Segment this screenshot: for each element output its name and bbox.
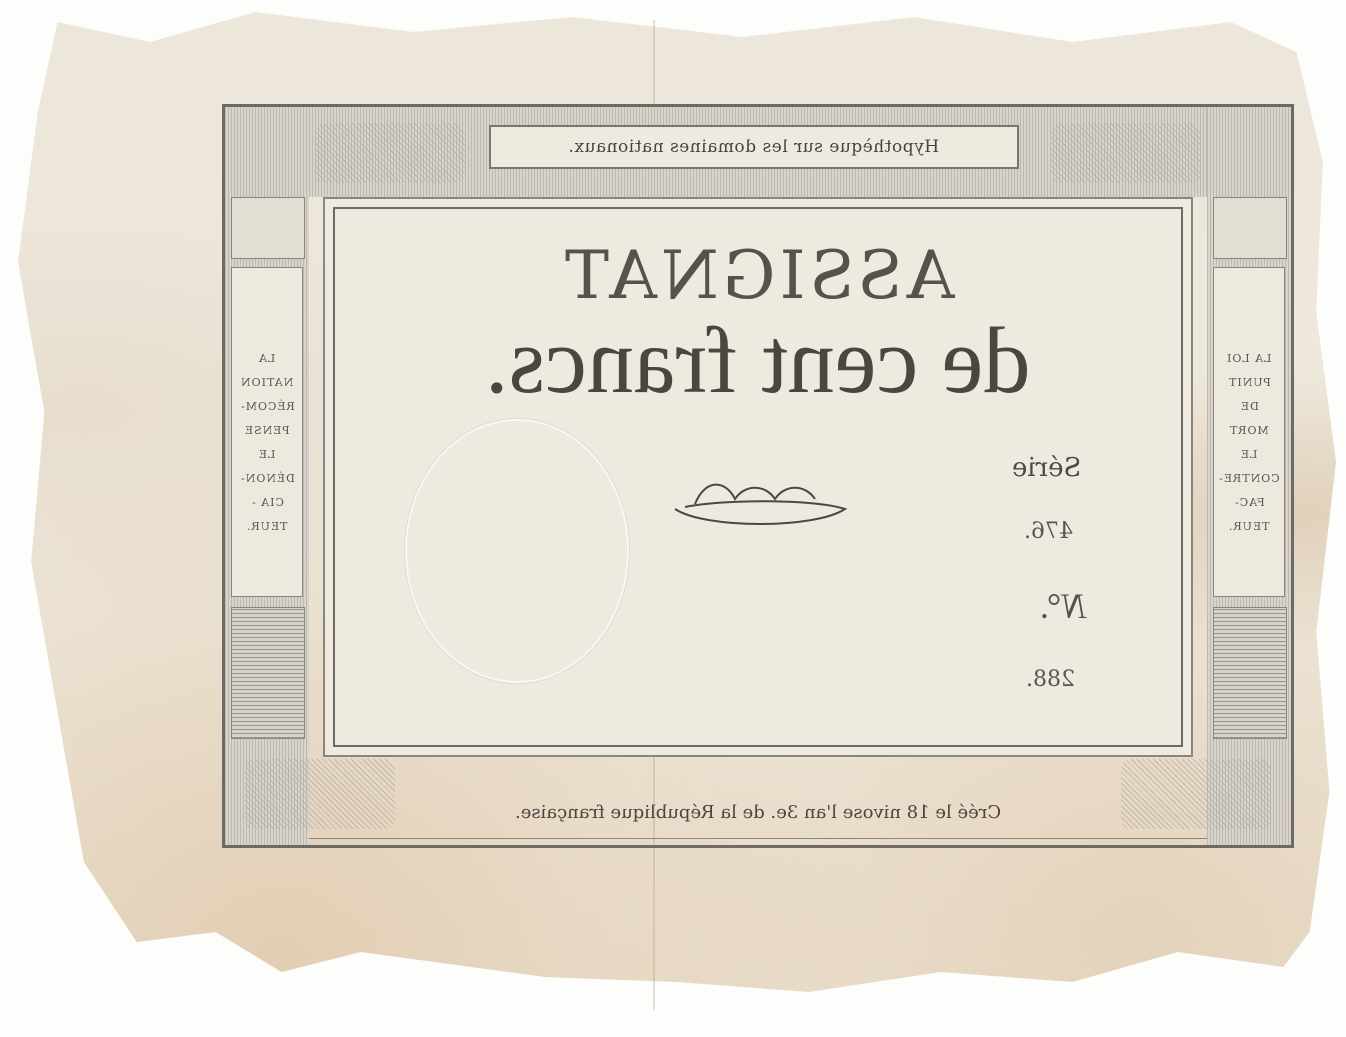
embossed-seal: [405, 419, 629, 683]
allegory-vignette-right: [1051, 123, 1201, 183]
top-motto: Hypothèque sur les domaines nationaux.: [568, 137, 939, 157]
left-panel-text: LA NATION RÉCOM- PENSE LE DÉNON- CIA - T…: [231, 347, 303, 539]
number-label: N°.: [1039, 585, 1086, 627]
blacksmith-vignette: [245, 759, 395, 829]
right-text-line: LE: [1240, 443, 1257, 467]
fasces-ornament-left: [231, 607, 305, 739]
fasces-ornament-right: [1213, 607, 1287, 739]
allegory-vignette-left: [315, 123, 465, 183]
right-text-line: TEUR.: [1228, 515, 1269, 539]
motto-box: Hypothèque sur les domaines nationaux.: [489, 125, 1019, 169]
right-text-line: DE: [1240, 395, 1259, 419]
right-text-line: LA LOI: [1226, 347, 1271, 371]
title-denomination: de cent francs.: [485, 307, 1030, 415]
signature: [665, 469, 855, 529]
serie-label: Série: [1012, 453, 1081, 483]
serie-number: 476.: [1024, 519, 1073, 544]
title-assignat: ASSIGNAT: [561, 237, 955, 314]
right-text-line: FAC-: [1234, 491, 1265, 515]
banknote-frame: Hypothèque sur les domaines nationaux. A…: [222, 104, 1294, 848]
right-text-line: PUNIT: [1228, 371, 1271, 395]
right-panel-text: LA LOI PUNIT DE MORT LE CONTRE- FAC- TEU…: [1213, 347, 1285, 539]
right-text-line: CONTRE-: [1218, 467, 1280, 491]
left-text-line: LE: [258, 443, 275, 467]
left-text-line: TEUR.: [246, 515, 287, 539]
left-text-line: CIA -: [251, 491, 284, 515]
footer-creation-text: Créé le 18 nivose l'an 3e. de la Républi…: [515, 802, 1001, 823]
left-text-line: RÉCOM-: [240, 395, 295, 419]
serial-number: 288.: [1026, 667, 1075, 692]
bottom-band: [225, 745, 1291, 845]
right-text-line: MORT: [1229, 419, 1269, 443]
left-text-line: NATION: [240, 371, 293, 395]
hercules-vignette: [1121, 759, 1271, 829]
left-text-line: PENSE: [244, 419, 290, 443]
left-text-line: LA: [258, 347, 275, 371]
left-text-line: DÉNON-: [240, 467, 295, 491]
